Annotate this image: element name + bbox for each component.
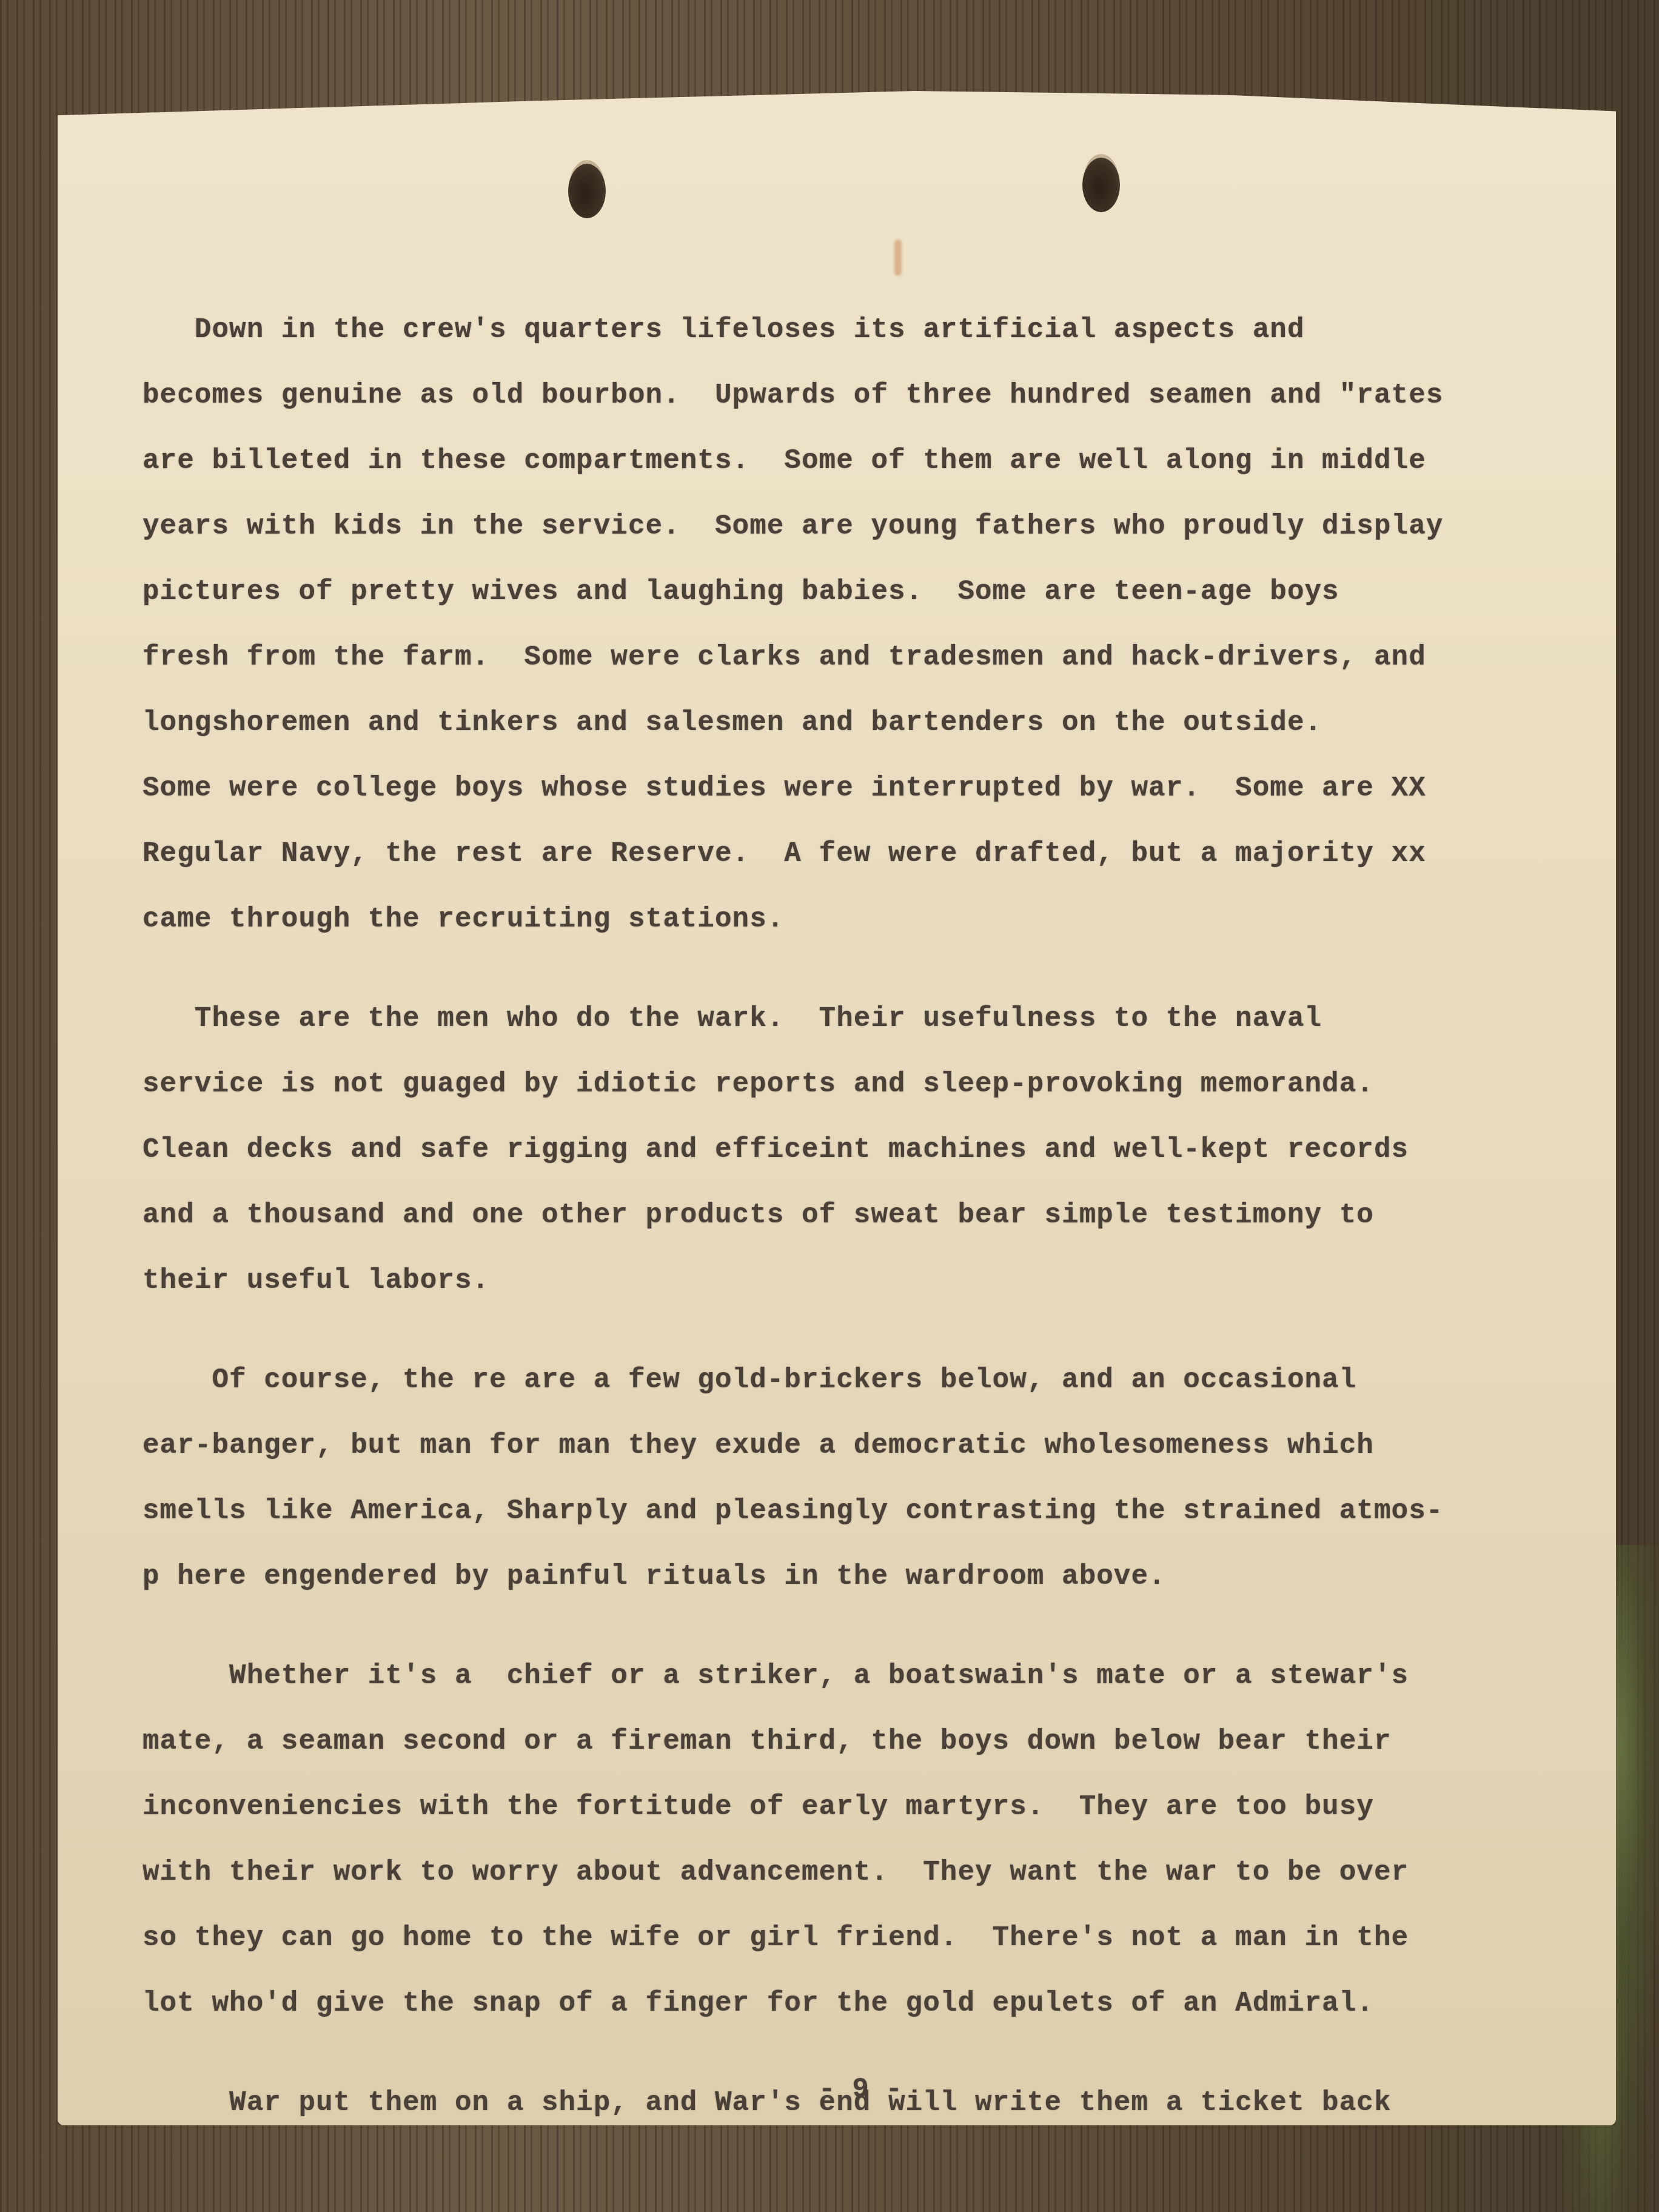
text-line: fresh from the farm. Some were clarks an…: [142, 625, 1610, 690]
text-line: Down in the crew's quarters lifeloses it…: [142, 297, 1610, 363]
paragraph-chief-or-striker: Whether it's a chief or a striker, a boa…: [142, 1643, 1610, 2036]
text-line: Whether it's a chief or a striker, a boa…: [142, 1643, 1610, 1709]
text-line: ear-banger, but man for man they exude a…: [142, 1413, 1610, 1478]
text-line: These are the men who do the wark. Their…: [142, 986, 1610, 1051]
punch-hole-left: [568, 164, 606, 218]
page-number: - 9 -: [819, 2074, 902, 2105]
text-line: pictures of pretty wives and laughing ba…: [142, 559, 1610, 625]
text-line: smells like America, Sharply and pleasin…: [142, 1478, 1610, 1544]
paragraph-crew-quarters: Down in the crew's quarters lifeloses it…: [142, 297, 1610, 952]
text-line: years with kids in the service. Some are…: [142, 494, 1610, 559]
text-line: inconveniencies with the fortitude of ea…: [142, 1774, 1610, 1840]
text-line: service is not guaged by idiotic reports…: [142, 1051, 1610, 1117]
text-line: longshoremen and tinkers and salesmen an…: [142, 690, 1610, 756]
paragraph-men-who-work: These are the men who do the wark. Their…: [142, 986, 1610, 1313]
text-line: lot who'd give the snap of a finger for …: [142, 1971, 1610, 2036]
typewritten-page: Down in the crew's quarters lifeloses it…: [58, 91, 1616, 2125]
paper-stain: [894, 240, 902, 276]
text-line: so they can go home to the wife or girl …: [142, 1905, 1610, 1971]
text-line: with their work to worry about advanceme…: [142, 1840, 1610, 1905]
text-line: Of course, the re are a few gold-bricker…: [142, 1347, 1610, 1413]
paragraph-gold-brickers: Of course, the re are a few gold-bricker…: [142, 1347, 1610, 1609]
text-line: Clean decks and safe rigging and efficei…: [142, 1117, 1610, 1182]
text-line: mate, a seaman second or a fireman third…: [142, 1709, 1610, 1774]
text-line: Some were college boys whose studies wer…: [142, 756, 1610, 821]
document-body: Down in the crew's quarters lifeloses it…: [142, 297, 1610, 2170]
punch-hole-right: [1082, 158, 1120, 212]
text-line: p here engendered by painful rituals in …: [142, 1544, 1610, 1609]
text-line: their useful labors.: [142, 1248, 1610, 1313]
text-line: becomes genuine as old bourbon. Upwards …: [142, 363, 1610, 428]
text-line: came through the recruiting stations.: [142, 886, 1610, 952]
text-line: and a thousand and one other products of…: [142, 1182, 1610, 1248]
text-line: Regular Navy, the rest are Reserve. A fe…: [142, 821, 1610, 886]
text-line: are billeted in these compartments. Some…: [142, 428, 1610, 494]
